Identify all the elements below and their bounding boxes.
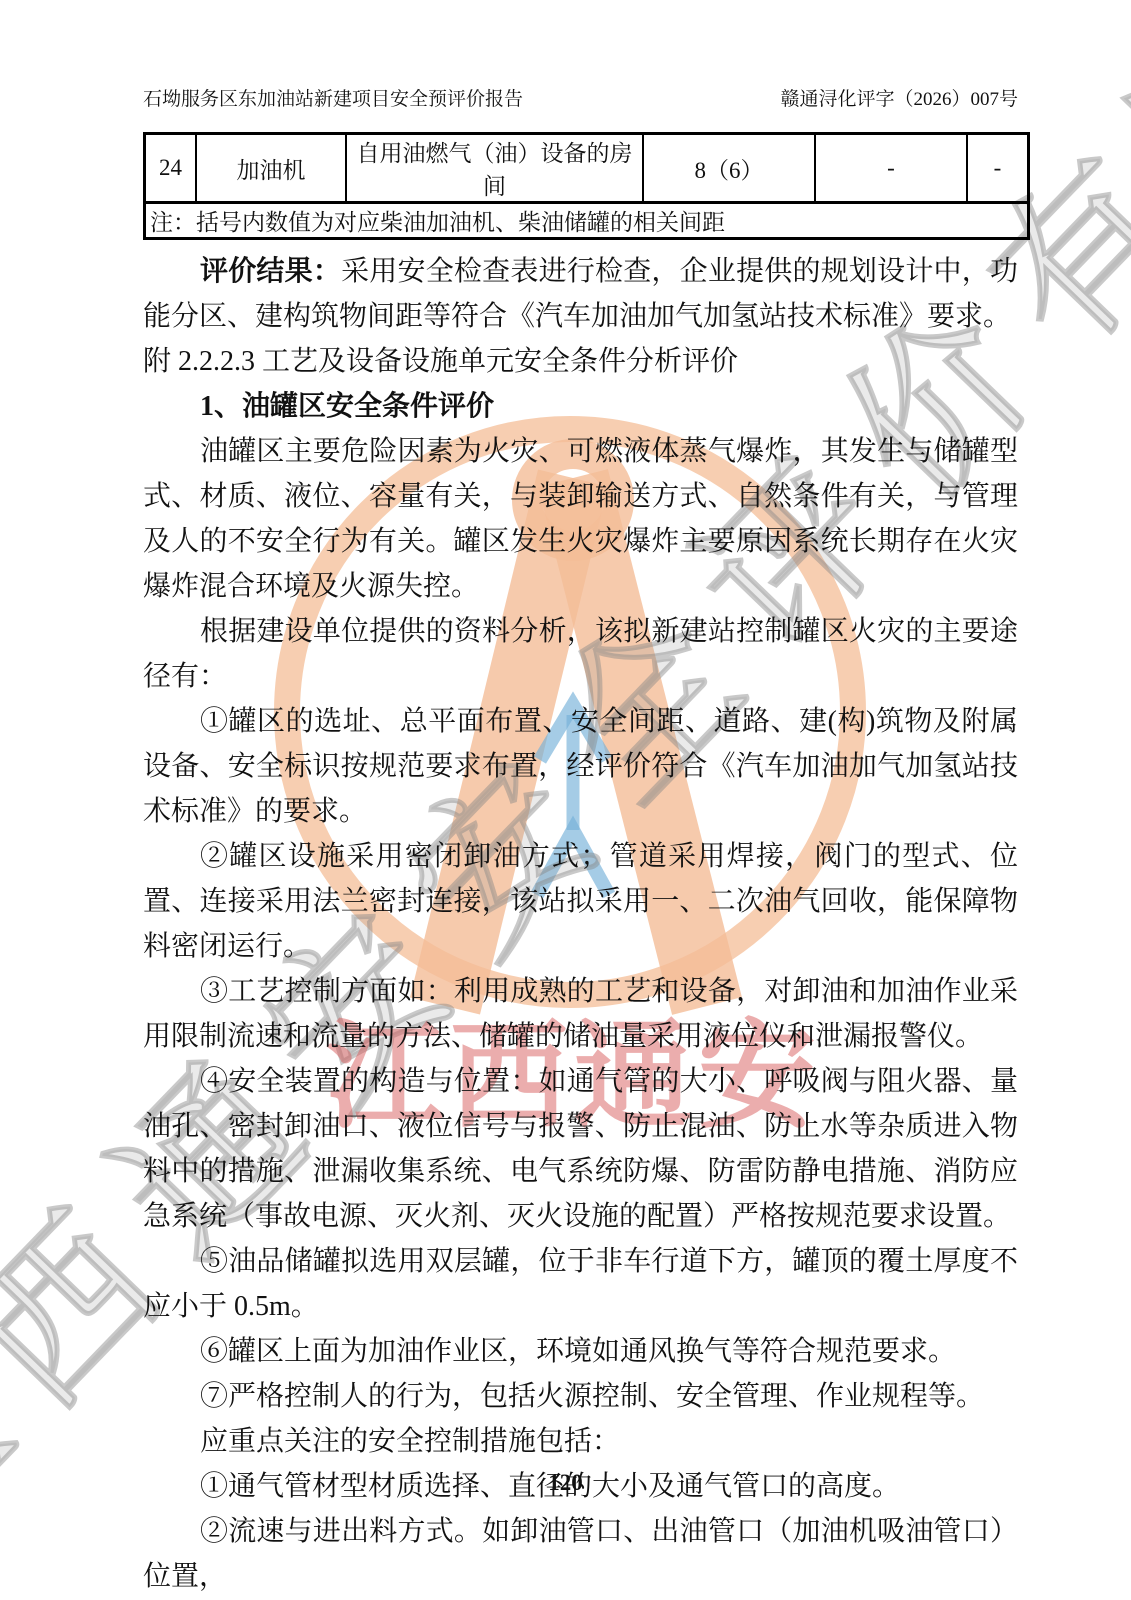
header-doc-number: 赣通浔化评字（2026）007号 (780, 88, 1018, 112)
paragraph-hazards: 油罐区主要危险因素为火灾、可燃液体蒸气爆炸，其发生与储罐型式、材质、液位、容量有… (143, 429, 1018, 609)
paragraph-item-4: ④安全装置的构造与位置：如通气管的大小、呼吸阀与阻火器、量油孔、密封卸油口、液位… (143, 1059, 1018, 1239)
cell-dash-1: - (815, 134, 967, 203)
page-number: 120 (0, 1470, 1131, 1496)
cell-item: 加油机 (196, 134, 346, 203)
cell-seq: 24 (145, 134, 197, 203)
spacing-table: 24 加油机 自用油燃气（油）设备的房间 8（6） - - 注：括号内数值为对应… (143, 132, 1030, 240)
header-report-title: 石坳服务区东加油站新建项目安全预评价报告 (143, 88, 523, 112)
paragraph-focus-measures: 应重点关注的安全控制措施包括： (143, 1419, 1018, 1464)
paragraph-eval-result: 评价结果：采用安全检查表进行检查，企业提供的规划设计中，功能分区、建构筑物间距等… (143, 249, 1018, 339)
page-content: 石坳服务区东加油站新建项目安全预评价报告 赣通浔化评字（2026）007号 24… (0, 0, 1131, 1599)
paragraph-item-7: ⑦严格控制人的行为，包括火源控制、安全管理、作业规程等。 (143, 1374, 1018, 1419)
document-page: 江西通安安全评价有限公司 江西通安 石坳服务区东加油站新建项目安全预评价报告 赣… (0, 0, 1131, 1600)
paragraph-data-analysis: 根据建设单位提供的资料分析，该拟新建站控制罐区火灾的主要途径有： (143, 609, 1018, 699)
paragraph-item-3: ③工艺控制方面如：利用成熟的工艺和设备，对卸油和加油作业采用限制流速和流量的方法… (143, 969, 1018, 1059)
paragraph-item-5: ⑤油品储罐拟选用双层罐，位于非车行道下方，罐顶的覆土厚度不应小于 0.5m。 (143, 1239, 1018, 1329)
table-note: 注：括号内数值为对应柴油加油机、柴油储罐的相关间距 (145, 203, 1029, 239)
table-note-row: 注：括号内数值为对应柴油加油机、柴油储罐的相关间距 (145, 203, 1029, 239)
paragraph-annex-heading: 附 2.2.2.3 工艺及设备设施单元安全条件分析评价 (143, 339, 1018, 384)
cell-target: 自用油燃气（油）设备的房间 (346, 134, 643, 203)
page-header: 石坳服务区东加油站新建项目安全预评价报告 赣通浔化评字（2026）007号 (143, 88, 1018, 112)
paragraph-lead: 评价结果： (200, 256, 341, 287)
paragraph-item-2: ②罐区设施采用密闭卸油方式；管道采用焊接，阀门的型式、位置、连接采用法兰密封连接… (143, 834, 1018, 969)
section-heading-tank-area: 1、油罐区安全条件评价 (143, 384, 1018, 429)
paragraph-item-6: ⑥罐区上面为加油作业区，环境如通风换气等符合规范要求。 (143, 1329, 1018, 1374)
body-text: 评价结果：采用安全检查表进行检查，企业提供的规划设计中，功能分区、建构筑物间距等… (143, 249, 1018, 1599)
cell-distance: 8（6） (643, 134, 815, 203)
table-row: 24 加油机 自用油燃气（油）设备的房间 8（6） - - (145, 134, 1029, 203)
paragraph-item-1: ①罐区的选址、总平面布置、安全间距、道路、建(构)筑物及附属设备、安全标识按规范… (143, 699, 1018, 834)
cell-dash-2: - (967, 134, 1029, 203)
paragraph-measure-2: ②流速与进出料方式。如卸油管口、出油管口（加油机吸油管口）位置， (143, 1509, 1018, 1599)
